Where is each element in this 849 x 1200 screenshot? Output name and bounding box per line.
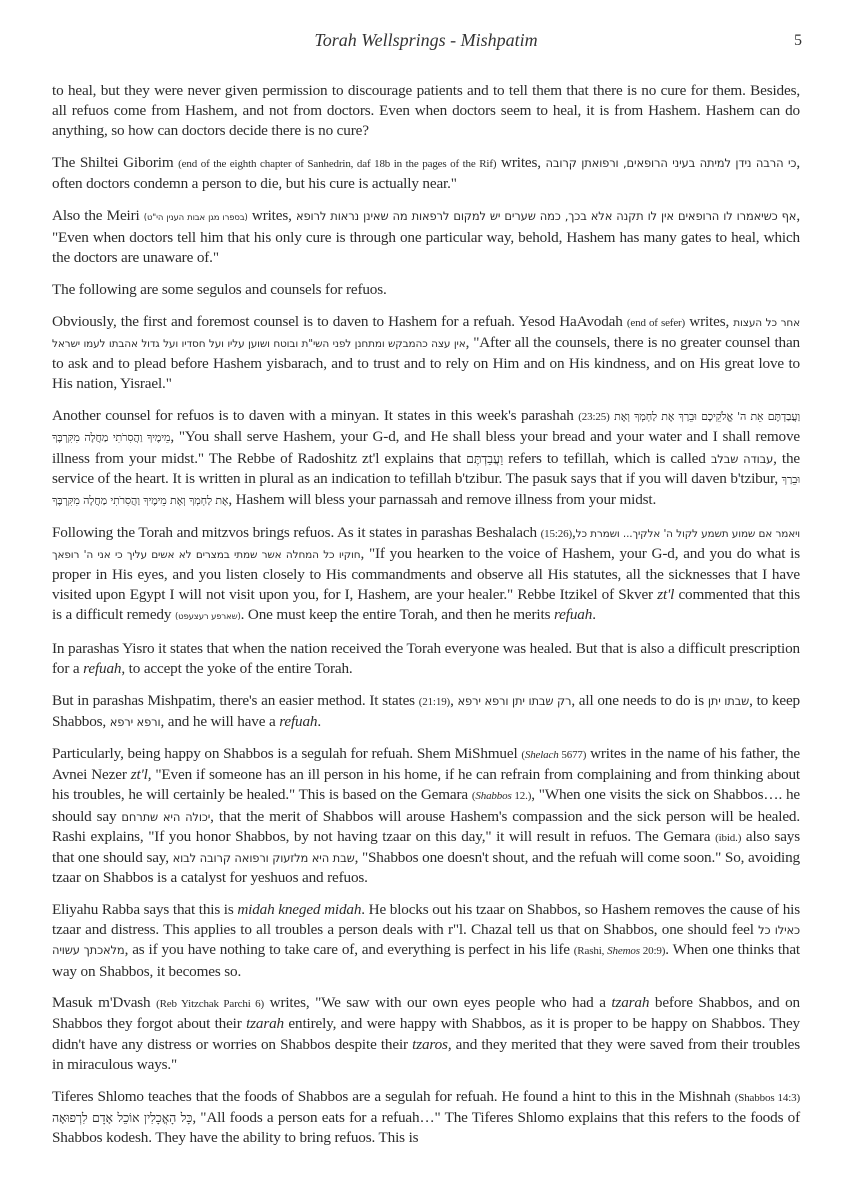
text-run: . One must keep the entire Torah, and th… (241, 606, 554, 623)
text-run: , (450, 692, 457, 709)
running-header: Torah Wellsprings - Mishpatim 5 (52, 0, 800, 50)
paragraph-12: Masuk m'Dvash (Reb Yitzchak Parchi 6) wr… (52, 993, 800, 1075)
page-number: 5 (794, 32, 802, 50)
italic-term: Shabbos (475, 790, 511, 802)
text-run: The Shiltei Giborim (52, 154, 178, 171)
text-run: , all one needs to do is (571, 692, 707, 709)
text-run: writes, (496, 154, 545, 171)
source-citation: (Rashi, Shemos 20:9) (574, 945, 665, 957)
text-run: Another counsel for refuos is to daven w… (52, 407, 578, 424)
paragraph-7: Following the Torah and mitzvos brings r… (52, 523, 800, 628)
italic-term: zt'l (131, 766, 148, 783)
hebrew-quote: כָּל הָאֳכָלִין אוֹכֵל אָדָם לִרְפוּאָה (52, 1110, 192, 1125)
yiddish-note: (שארפע רעצעפט) (175, 612, 241, 622)
hebrew-quote: רק שבתו יתן ורפא ירפא (458, 694, 572, 708)
italic-term: refuah (83, 660, 121, 677)
text-run: refers to tefillah, which is called (503, 450, 711, 467)
text-run: Particularly, being happy on Shabbos is … (52, 745, 521, 762)
text-run: 5677) (559, 749, 587, 761)
italic-term: tzarah (611, 994, 649, 1011)
source-citation: (Shabbos 12.) (472, 790, 531, 802)
source-citation: (end of sefer) (627, 317, 685, 329)
italic-term: Shemos (607, 945, 640, 957)
source-citation: (Reb Yitzchak Parchi 6) (156, 998, 264, 1010)
paragraph-2: The Shiltei Giborim (end of the eighth c… (52, 153, 800, 194)
paragraph-13: Tiferes Shlomo teaches that the foods of… (52, 1087, 800, 1149)
text-run: writes, (248, 207, 296, 224)
hebrew-quote: וַעֲבַדְתֶּם (466, 451, 503, 466)
paragraph-11: Eliyahu Rabba says that this is midah kn… (52, 900, 800, 982)
source-citation: (Shelach 5677) (521, 749, 586, 761)
italic-term: Shelach (525, 749, 559, 761)
source-citation: (21:19) (419, 696, 450, 708)
text-run: writes, "We saw with our own eyes people… (264, 994, 611, 1011)
source-citation: (ibid.) (715, 832, 741, 844)
hebrew-quote: ורפא ירפא (110, 715, 161, 729)
text-run: Also the Meiri (52, 207, 144, 224)
source-citation: (15:26) (541, 528, 572, 540)
source-citation: (23:25) (578, 411, 609, 423)
text-run: , as if you have nothing to take care of… (125, 941, 574, 958)
source-citation: (end of the eighth chapter of Sanhedrin,… (178, 158, 496, 170)
source-citation: (Shabbos 14:3) (735, 1092, 800, 1104)
text-run: (Rashi, (574, 945, 607, 957)
text-run: , to accept the yoke of the entire Torah… (121, 660, 352, 677)
hebrew-quote: אף כשיאמרו לו הרופאים אין לו תקנה אלא בכ… (296, 209, 796, 223)
text-run: 20:9) (640, 945, 665, 957)
document-page: Torah Wellsprings - Mishpatim 5 to heal,… (52, 0, 800, 50)
paragraph-9: But in parashas Mishpatim, there's an ea… (52, 691, 800, 732)
hebrew-quote: יכולה היא שתרחם (121, 810, 210, 824)
italic-term: refuah (279, 713, 317, 730)
paragraph-5: Obviously, the first and foremost counse… (52, 312, 800, 395)
paragraph-6: Another counsel for refuos is to daven w… (52, 406, 800, 511)
text-run: Obviously, the first and foremost counse… (52, 313, 627, 330)
paragraph-text: The following are some segulos and couns… (52, 281, 387, 298)
paragraph-1: to heal, but they were never given permi… (52, 81, 800, 142)
text-run: . (592, 606, 596, 623)
italic-term: midah kneged midah (237, 901, 361, 918)
hebrew-quote: כי הרבה נידן למיתה בעיני הרופאים, ורפואת… (546, 156, 797, 170)
hebrew-quote: שבת היא מלזעוק ורפואה קרובה לבוא (173, 851, 355, 865)
paragraph-8: In parashas Yisro it states that when th… (52, 639, 800, 679)
text-run: Tiferes Shlomo teaches that the foods of… (52, 1088, 735, 1105)
italic-term: tzarah (246, 1015, 284, 1032)
italic-term: tzaros (412, 1036, 448, 1053)
hebrew-quote: עבודה שבלב (711, 452, 773, 466)
text-run: Masuk m'Dvash (52, 994, 156, 1011)
hebrew-quote: שבתו יתן (708, 694, 749, 708)
paragraph-4: The following are some segulos and couns… (52, 280, 800, 300)
italic-term: zt'l (657, 586, 674, 603)
text-run: Eliyahu Rabba says that this is (52, 901, 237, 918)
text-run: , and he will have a (160, 713, 279, 730)
text-run: 12.) (512, 790, 532, 802)
header-title: Torah Wellsprings - Mishpatim (52, 30, 800, 51)
text-run: . (317, 713, 321, 730)
paragraph-10: Particularly, being happy on Shabbos is … (52, 744, 800, 888)
italic-term: refuah (554, 606, 592, 623)
text-run: , Hashem will bless your parnassah and r… (228, 491, 656, 508)
paragraph-3: Also the Meiri (בספרו מגן אבות הענין הי"… (52, 206, 800, 269)
text-run: But in parashas Mishpatim, there's an ea… (52, 692, 419, 709)
text-run: writes, (685, 313, 733, 330)
source-citation: (בספרו מגן אבות הענין הי"ט) (144, 213, 248, 223)
document-body: to heal, but they were never given permi… (52, 81, 800, 1160)
paragraph-text: to heal, but they were never given permi… (52, 82, 800, 139)
text-run: Following the Torah and mitzvos brings r… (52, 524, 541, 541)
